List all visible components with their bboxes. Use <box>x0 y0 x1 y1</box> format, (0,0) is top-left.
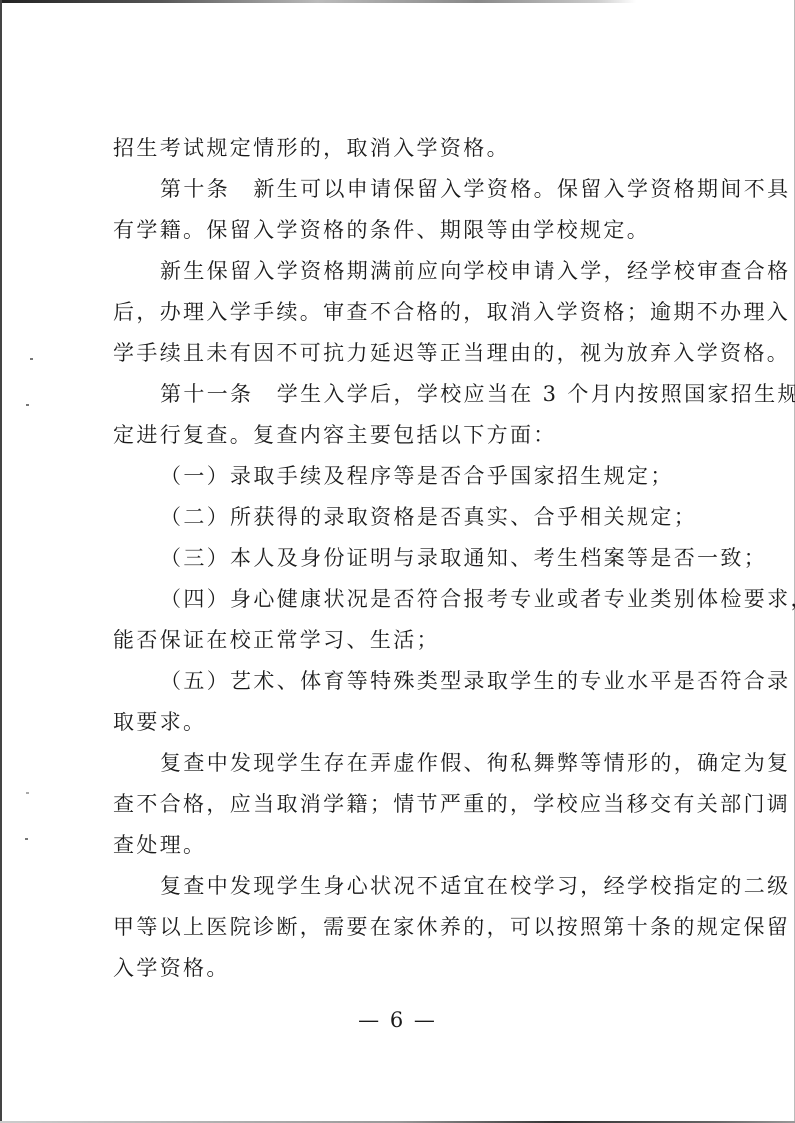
list-item-5: （五）艺术、体育等特殊类型录取学生的专业水平是否符合录 <box>113 664 703 705</box>
paragraph-start-line: 复查中发现学生存在弄虚作假、徇私舞弊等情形的，确定为复 <box>113 746 703 787</box>
list-item-4: （四）身心健康状况是否符合报考专业或者专业类别体检要求， <box>113 582 703 623</box>
list-item-3: （三）本人及身份证明与录取通知、考生档案等是否一致； <box>113 541 703 582</box>
scan-speck <box>30 358 33 360</box>
text-line: 甲等以上医院诊断，需要在家休养的，可以按照第十条的规定保留 <box>113 910 703 951</box>
page-number: — 6 — <box>0 1005 795 1035</box>
paragraph-start-line: 复查中发现学生身心状况不适宜在校学习，经学校指定的二级 <box>113 869 703 910</box>
text-line: 查不合格，应当取消学籍；情节严重的，学校应当移交有关部门调 <box>113 787 703 828</box>
text-line: 学手续且未有因不可抗力延迟等正当理由的，视为放弃入学资格。 <box>113 336 703 377</box>
scan-speck <box>26 404 29 406</box>
text-line: 有学籍。保留入学资格的条件、期限等由学校规定。 <box>113 213 703 254</box>
scan-edge-top <box>0 0 795 3</box>
text-line: 能否保证在校正常学习、生活； <box>113 623 703 664</box>
paragraph-start-line: 新生保留入学资格期满前应向学校申请入学，经学校审查合格 <box>113 254 703 295</box>
list-item-2: （二）所获得的录取资格是否真实、合乎相关规定； <box>113 500 703 541</box>
text-line: 招生考试规定情形的，取消入学资格。 <box>113 131 703 172</box>
document-page: 招生考试规定情形的，取消入学资格。 第十条 新生可以申请保留入学资格。保留入学资… <box>0 0 795 1123</box>
article-11-heading-line: 第十一条 学生入学后，学校应当在 3 个月内按照国家招生规 <box>113 377 703 418</box>
text-line: 入学资格。 <box>113 951 703 992</box>
list-item-1: （一）录取手续及程序等是否合乎国家招生规定； <box>113 459 703 500</box>
article-10-heading-line: 第十条 新生可以申请保留入学资格。保留入学资格期间不具 <box>113 172 703 213</box>
scan-edge-left <box>0 0 2 1123</box>
scan-speck <box>25 838 28 840</box>
document-body: 招生考试规定情形的，取消入学资格。 第十条 新生可以申请保留入学资格。保留入学资… <box>113 131 703 992</box>
text-line: 定进行复查。复查内容主要包括以下方面： <box>113 418 703 459</box>
text-line: 后，办理入学手续。审查不合格的，取消入学资格；逾期不办理入 <box>113 295 703 336</box>
text-line: 取要求。 <box>113 705 703 746</box>
scan-speck <box>26 792 29 794</box>
text-line: 查处理。 <box>113 828 703 869</box>
